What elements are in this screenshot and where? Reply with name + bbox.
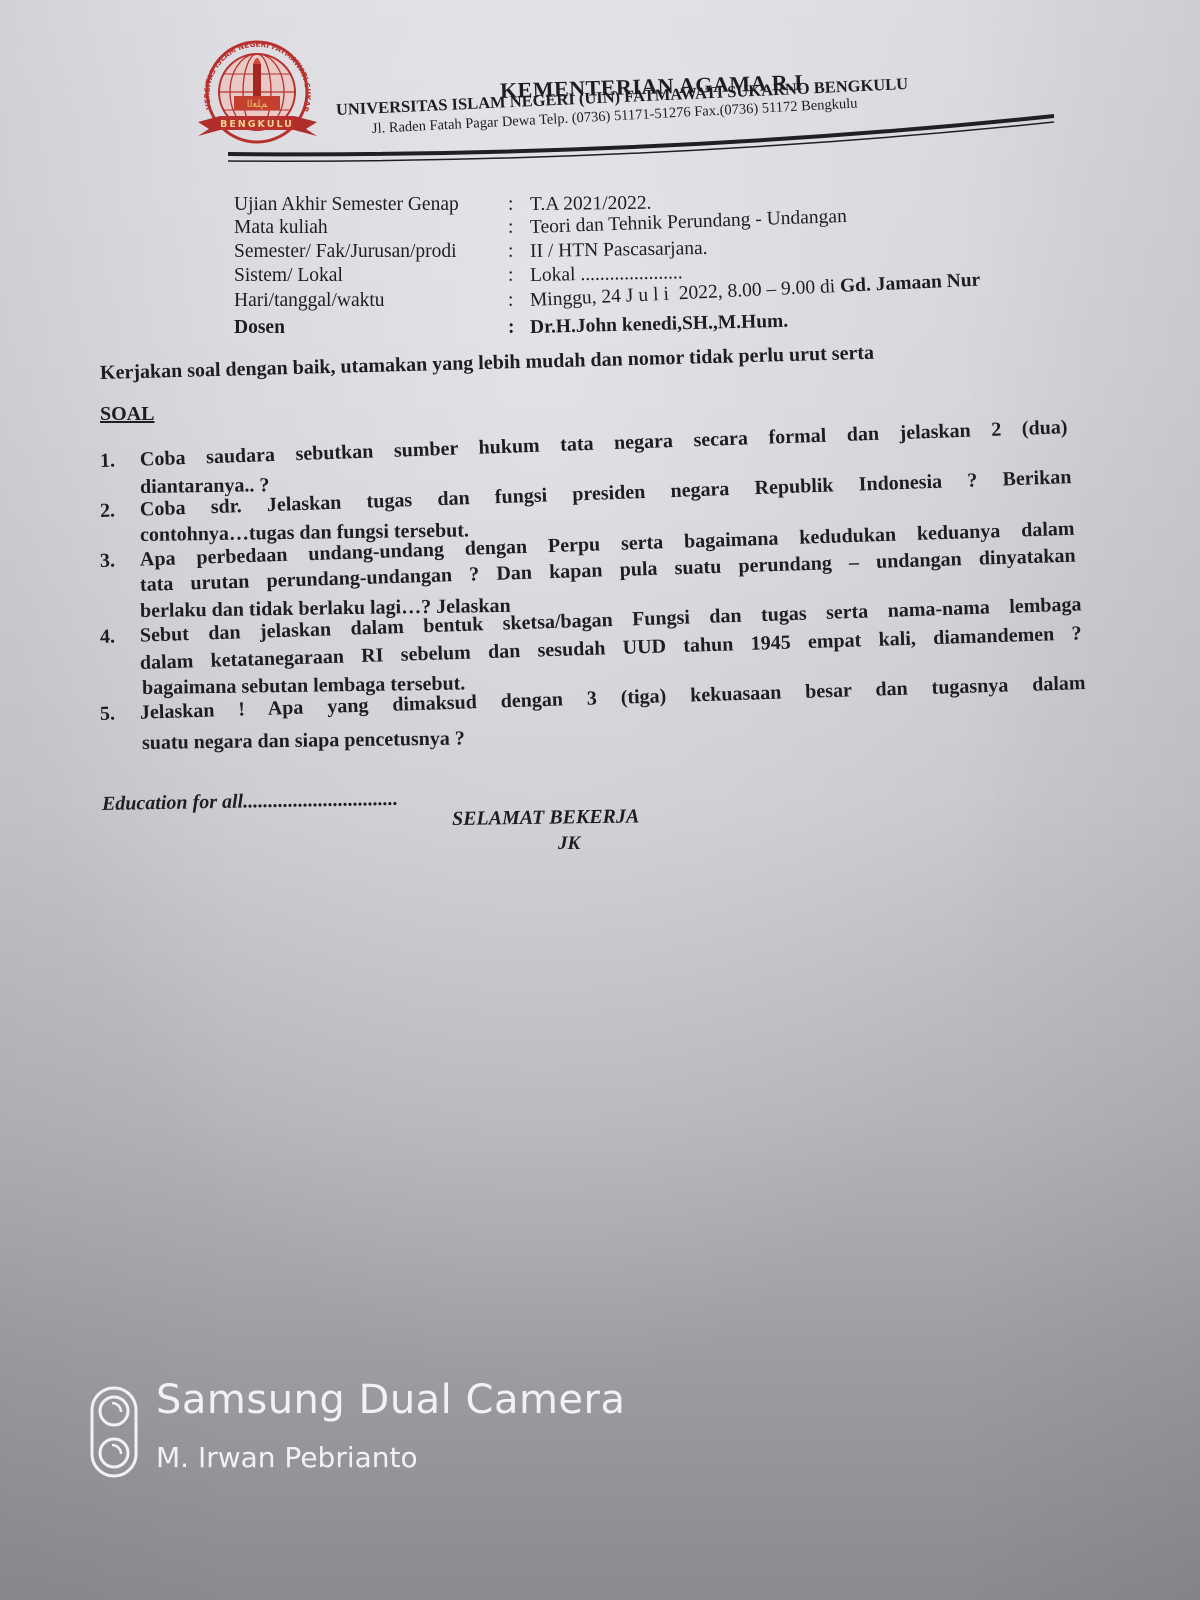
exam-info-value: II / HTN Pascasarjana. (530, 238, 708, 263)
exam-info-label: Sistem/ Lokal (234, 265, 508, 287)
exam-info-row-course: Mata kuliah:Teori dan Tehnik Perundang -… (234, 217, 847, 239)
closing-motto: Education for all.......................… (102, 788, 398, 816)
watermark-author: M. Irwan Pebrianto (156, 1441, 418, 1474)
exam-info-label: Hari/tanggal/waktu (234, 290, 508, 312)
exam-info-row-lecturer: Dosen:Dr.H.John kenedi,SH.,M.Hum. (234, 317, 788, 339)
exam-info-label: Mata kuliah (234, 217, 508, 239)
exam-info-label: Dosen (234, 317, 508, 339)
exam-info-label: Ujian Akhir Semester Genap (234, 194, 508, 216)
exam-info-row-system: Sistem/ Lokal:Lokal ....................… (234, 265, 683, 287)
dual-camera-icon (90, 1386, 138, 1478)
exam-info-value: Dr.H.John kenedi,SH.,M.Hum. (530, 311, 789, 339)
exam-info-label: Semester/ Fak/Jurusan/prodi (234, 241, 508, 263)
exam-info-row-semester: Semester/ Fak/Jurusan/prodi:II / HTN Pas… (234, 241, 708, 263)
letterhead-double-rule (228, 108, 1078, 178)
exam-venue: Gd. Jamaan Nur (840, 270, 981, 297)
question-5-continued: suatu negara dan siapa pencetusnya ? (142, 727, 465, 755)
watermark-camera-model: Samsung Dual Camera (156, 1377, 625, 1423)
question-1: 1.Coba saudara sebutkan sumber hukum tat… (100, 416, 1068, 473)
author-initials: JK (558, 833, 580, 855)
instruction-text: Kerjakan soal dengan baik, utamakan yang… (100, 342, 875, 385)
exam-info-row-schedule: Hari/tanggal/waktu:Minggu, 24 Juli 2022,… (234, 290, 981, 312)
exam-info-row-exam: Ujian Akhir Semester Genap:T.A 2021/2022… (234, 194, 652, 216)
section-title-soal: SOAL (100, 403, 154, 426)
closing-greeting: SELAMAT BEKERJA (452, 805, 640, 831)
